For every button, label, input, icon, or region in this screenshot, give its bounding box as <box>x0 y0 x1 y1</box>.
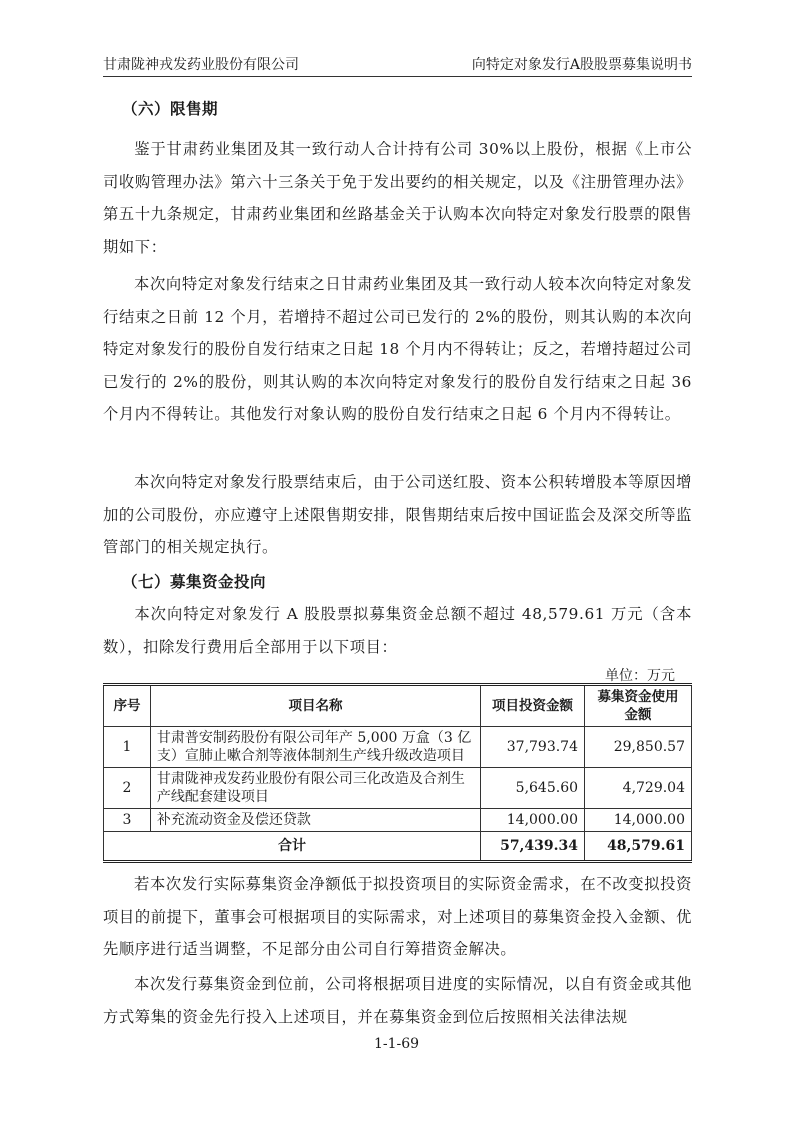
cell-investment: 5,645.60 <box>481 768 585 809</box>
column-header-raised-funds: 募集资金使用金额 <box>585 685 692 727</box>
header-company-name: 甘肃陇神戎发药业股份有限公司 <box>103 54 299 74</box>
cell-no: 3 <box>104 809 151 832</box>
proceeds-table: 序号 项目名称 项目投资金额 募集资金使用金额 1 甘肃普安制药股份有限公司年产… <box>103 683 692 863</box>
cell-no: 1 <box>104 727 151 768</box>
column-header-investment: 项目投资金额 <box>481 685 585 727</box>
table-unit-label: 单位：万元 <box>605 665 675 685</box>
header-document-title: 向特定对象发行A股股票募集说明书 <box>472 54 692 74</box>
column-header-project-name: 项目名称 <box>150 685 480 727</box>
section-heading-lockup-period: （六）限售期 <box>122 97 218 119</box>
cell-project-name: 补充流动资金及偿还贷款 <box>150 809 480 832</box>
cell-raised: 29,850.57 <box>585 727 692 768</box>
paragraph: 若本次发行实际募集资金净额低于拟投资项目的实际资金需求，在不改变拟投资项目的前提… <box>103 868 692 966</box>
cell-investment: 37,793.74 <box>481 727 585 768</box>
table-total-row: 合计 57,439.34 48,579.61 <box>104 832 692 862</box>
total-investment: 57,439.34 <box>481 832 585 862</box>
paragraph: 本次向特定对象发行股票结束后，由于公司送红股、资本公积转增股本等原因增加的公司股… <box>103 466 692 564</box>
cell-raised: 14,000.00 <box>585 809 692 832</box>
table-row: 3 补充流动资金及偿还贷款 14,000.00 14,000.00 <box>104 809 692 832</box>
table-row: 1 甘肃普安制药股份有限公司年产 5,000 万盒（3 亿支）宣肺止嗽合剂等液体… <box>104 727 692 768</box>
section-heading-use-of-proceeds: （七）募集资金投向 <box>122 570 266 592</box>
paragraph: 本次向特定对象发行结束之日甘肃药业集团及其一致行动人较本次向特定对象发行结束之日… <box>103 268 692 431</box>
total-label: 合计 <box>104 832 481 862</box>
cell-investment: 14,000.00 <box>481 809 585 832</box>
paragraph: 本次发行募集资金到位前，公司将根据项目进度的实际情况，以自有资金或其他方式筹集的… <box>103 968 692 1033</box>
column-header-no: 序号 <box>104 685 151 727</box>
cell-project-name: 甘肃陇神戎发药业股份有限公司三化改造及合剂生产线配套建设项目 <box>150 768 480 809</box>
table-header-row: 序号 项目名称 项目投资金额 募集资金使用金额 <box>104 685 692 727</box>
total-raised: 48,579.61 <box>585 832 692 862</box>
cell-no: 2 <box>104 768 151 809</box>
table-row: 2 甘肃陇神戎发药业股份有限公司三化改造及合剂生产线配套建设项目 5,645.6… <box>104 768 692 809</box>
cell-raised: 4,729.04 <box>585 768 692 809</box>
page-header: 甘肃陇神戎发药业股份有限公司 向特定对象发行A股股票募集说明书 <box>103 52 692 77</box>
page-number: 1-1-69 <box>0 1036 793 1052</box>
paragraph: 本次向特定对象发行 A 股股票拟募集资金总额不超过 48,579.61 万元（含… <box>103 598 692 663</box>
cell-project-name: 甘肃普安制药股份有限公司年产 5,000 万盒（3 亿支）宣肺止嗽合剂等液体制剂… <box>150 727 480 768</box>
paragraph: 鉴于甘肃药业集团及其一致行动人合计持有公司 30%以上股份，根据《上市公司收购管… <box>103 133 692 263</box>
